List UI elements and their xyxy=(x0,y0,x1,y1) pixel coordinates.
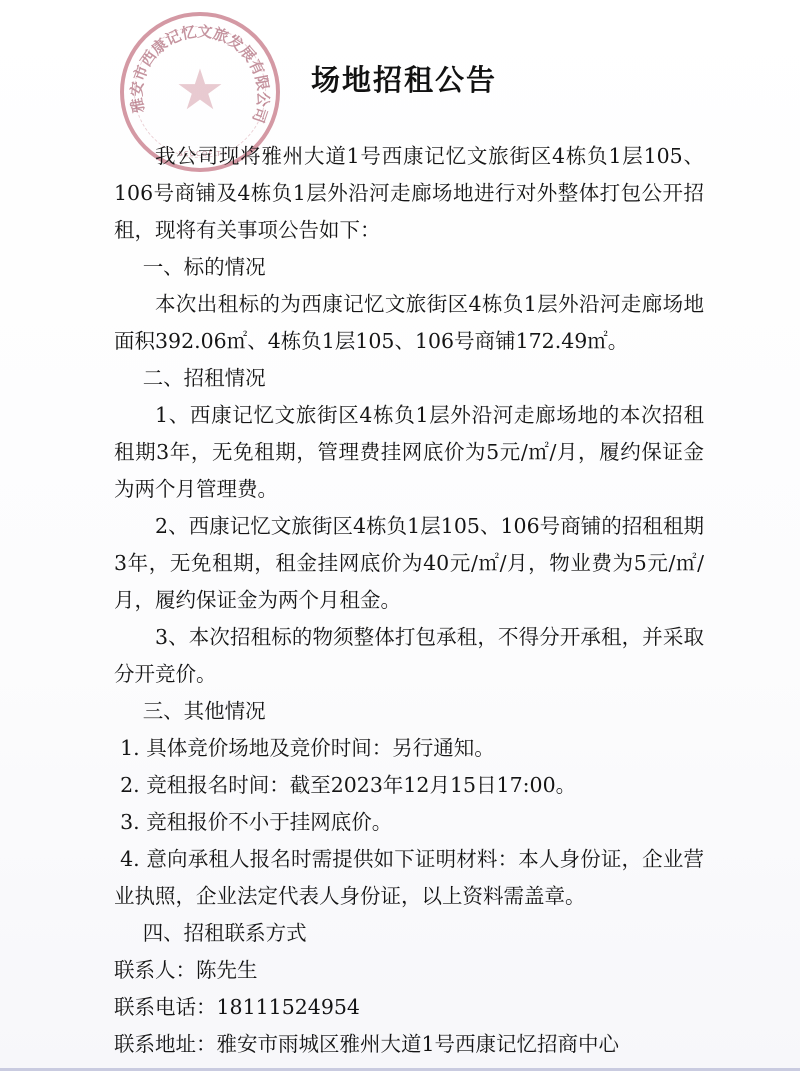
contact-person: 联系人：陈先生 xyxy=(114,952,704,989)
other-item-3: 3. 竞租报价不小于挂网底价。 xyxy=(114,804,704,841)
other-item-4: 4. 意向承租人报名时需提供如下证明材料：本人身份证，企业营业执照，企业法定代表… xyxy=(114,841,704,915)
intro-paragraph: 我公司现将雅州大道1号西康记忆文旅街区4栋负1层105、106号商铺及4栋负1层… xyxy=(114,138,704,249)
contact-address-label: 联系地址： xyxy=(114,1032,217,1056)
other-item-1: 1. 具体竞价场地及竞价时间：另行通知。 xyxy=(114,730,704,767)
rental-clause-1: 1、西康记忆文旅街区4栋负1层外沿河走廊场地的本次招租租期3年，无免租期，管理费… xyxy=(114,397,704,508)
document-page: 雅安市西康记忆文旅发展有限公司 ★ 5COCOFIT 场地招租公告 我公司现将雅… xyxy=(0,0,800,1071)
contact-person-label: 联系人： xyxy=(114,958,196,982)
document-title: 场地招租公告 xyxy=(0,58,800,99)
contact-phone-value: 18111524954 xyxy=(217,995,360,1019)
other-item-2: 2. 竞租报名时间：截至2023年12月15日17:00。 xyxy=(114,767,704,804)
section-heading-contact: 四、招租联系方式 xyxy=(114,915,704,952)
rental-clause-2: 2、西康记忆文旅街区4栋负1层105、106号商铺的招租租期3年，无免租期，租金… xyxy=(114,508,704,619)
document-body: 我公司现将雅州大道1号西康记忆文旅街区4栋负1层105、106号商铺及4栋负1层… xyxy=(114,138,704,1063)
contact-address-value: 雅安市雨城区雅州大道1号西康记忆招商中心 xyxy=(217,1032,620,1056)
contact-person-value: 陈先生 xyxy=(196,958,258,982)
rental-clause-3: 3、本次招租标的物须整体打包承租，不得分开承租，并采取分开竞价。 xyxy=(114,619,704,693)
contact-address: 联系地址：雅安市雨城区雅州大道1号西康记忆招商中心 xyxy=(114,1026,704,1063)
section-heading-rental: 二、招租情况 xyxy=(114,360,704,397)
contact-phone-label: 联系电话： xyxy=(114,995,217,1019)
section-heading-subject: 一、标的情况 xyxy=(114,249,704,286)
section-heading-other: 三、其他情况 xyxy=(114,693,704,730)
contact-phone: 联系电话：18111524954 xyxy=(114,989,704,1026)
subject-paragraph: 本次出租标的为西康记忆文旅街区4栋负1层外沿河走廊场地面积392.06㎡、4栋负… xyxy=(114,286,704,360)
